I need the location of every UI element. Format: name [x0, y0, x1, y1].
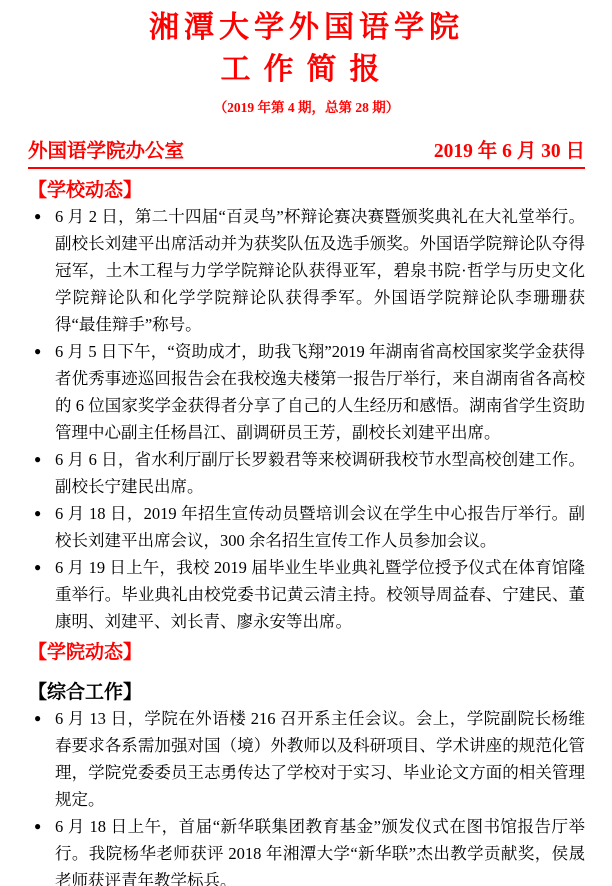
bullet-icon: ●	[28, 203, 55, 230]
list-item-text: 6 月 6 日，省水利厅副厅长罗毅君等来校调研我校节水型高校创建工作。副校长宁建…	[55, 446, 585, 500]
section-heading-school-news: 【学校动态】	[28, 179, 585, 203]
bullet-icon: ●	[28, 554, 55, 581]
bullet-icon: ●	[28, 500, 55, 527]
list-item-text: 6 月 18 日，2019 年招生宣传动员暨培训会议在学生中心报告厅举行。副校长…	[55, 500, 585, 554]
bullet-icon: ●	[28, 338, 55, 365]
school-news-list: ● 6 月 2 日，第二十四届“百灵鸟”杯辩论赛决赛暨颁奖典礼在大礼堂举行。副校…	[28, 203, 585, 635]
list-item: ● 6 月 5 日下午，“资助成才，助我飞翔”2019 年湖南省高校国家奖学金获…	[28, 338, 585, 446]
page-subtitle: 工作简报	[28, 50, 585, 90]
bullet-icon: ●	[28, 705, 55, 732]
list-item: ● 6 月 2 日，第二十四届“百灵鸟”杯辩论赛决赛暨颁奖典礼在大礼堂举行。副校…	[28, 203, 585, 338]
list-item-text: 6 月 5 日下午，“资助成才，助我飞翔”2019 年湖南省高校国家奖学金获得者…	[55, 338, 585, 446]
list-item-text: 6 月 18 日上午，首届“新华联集团教育基金”颁发仪式在图书馆报告厅举行。我院…	[55, 813, 585, 886]
office-name: 外国语学院办公室	[28, 138, 184, 166]
issue-date: 2019 年 6 月 30 日	[434, 138, 585, 166]
list-item-text: 6 月 13 日，学院在外语楼 216 召开系主任会议。会上，学院副院长杨维春要…	[55, 705, 585, 813]
bulletin-page: 湘潭大学外国语学院 工作简报 （2019 年第 4 期，总第 28 期） 外国语…	[0, 0, 612, 886]
general-work-list: ● 6 月 13 日，学院在外语楼 216 召开系主任会议。会上，学院副院长杨维…	[28, 705, 585, 886]
bullet-icon: ●	[28, 813, 55, 840]
list-item: ● 6 月 6 日，省水利厅副厅长罗毅君等来校调研我校节水型高校创建工作。副校长…	[28, 446, 585, 500]
list-item: ● 6 月 19 日上午，我校 2019 届毕业生毕业典礼暨学位授予仪式在体育馆…	[28, 554, 585, 635]
page-title: 湘潭大学外国语学院	[28, 8, 585, 48]
bullet-icon: ●	[28, 446, 55, 473]
section-heading-general-work: 【综合工作】	[28, 681, 585, 705]
issue-info: （2019 年第 4 期，总第 28 期）	[28, 98, 585, 118]
list-item-text: 6 月 2 日，第二十四届“百灵鸟”杯辩论赛决赛暨颁奖典礼在大礼堂举行。副校长刘…	[55, 203, 585, 338]
list-item: ● 6 月 18 日，2019 年招生宣传动员暨培训会议在学生中心报告厅举行。副…	[28, 500, 585, 554]
section-heading-college-news: 【学院动态】	[28, 641, 585, 665]
list-item-text: 6 月 19 日上午，我校 2019 届毕业生毕业典礼暨学位授予仪式在体育馆隆重…	[55, 554, 585, 635]
list-item: ● 6 月 18 日上午，首届“新华联集团教育基金”颁发仪式在图书馆报告厅举行。…	[28, 813, 585, 886]
list-item: ● 6 月 13 日，学院在外语楼 216 召开系主任会议。会上，学院副院长杨维…	[28, 705, 585, 813]
office-date-row: 外国语学院办公室 2019 年 6 月 30 日	[28, 138, 585, 169]
